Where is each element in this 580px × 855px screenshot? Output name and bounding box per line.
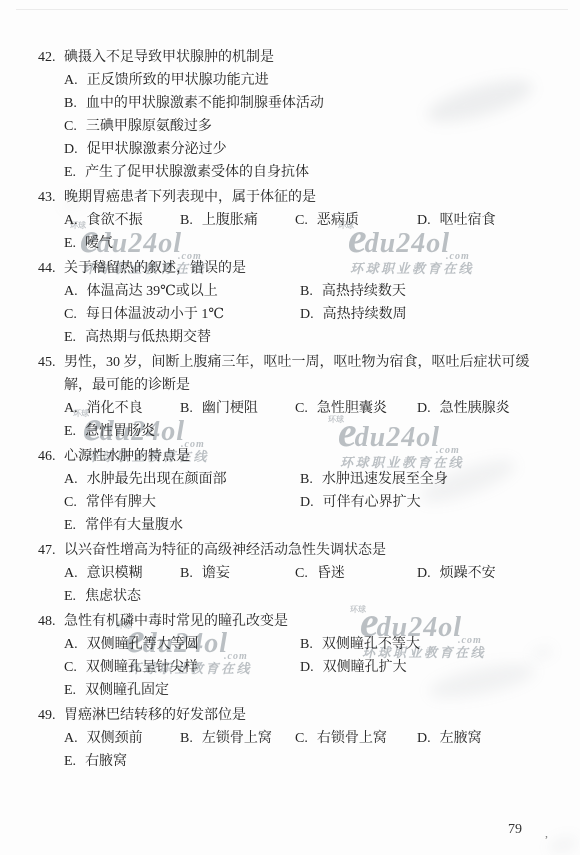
option-label: A.	[64, 73, 78, 88]
option-label: A.	[64, 566, 78, 581]
option-label: D.	[300, 495, 314, 510]
option-item: B.左锁骨上窝	[180, 727, 295, 750]
option-text: 可伴有心界扩大	[323, 495, 421, 510]
option-label: C.	[64, 307, 77, 322]
option-label: C.	[64, 660, 77, 675]
question-header: 45.男性，30 岁，间断上腹痛三年，呕吐一周，呕吐物为宿食，呕吐后症状可缓解，…	[38, 351, 552, 397]
option-label: C.	[295, 213, 308, 228]
question-number: 45.	[38, 351, 64, 397]
question-stem: 关于稽留热的叙述，错误的是	[64, 257, 552, 280]
option-label: C.	[64, 119, 77, 134]
question-stem: 心源性水肿的特点是	[64, 445, 552, 468]
option-text: 消化不良	[87, 401, 143, 416]
option-text: 急性胰腺炎	[440, 401, 510, 416]
question-block: 48.急性有机磷中毒时常见的瞳孔改变是A.双侧瞳孔等大等圆B.双侧瞳孔不等大C.…	[38, 610, 552, 702]
option-item: B.谵妄	[180, 562, 295, 585]
option-item: C.急性胆囊炎	[295, 397, 417, 420]
option-text: 意识模糊	[87, 566, 143, 581]
option-label: B.	[180, 731, 193, 746]
question-block: 47.以兴奋性增高为特征的高级神经活动急性失调状态是A.意识模糊B.谵妄C.昏迷…	[38, 539, 552, 608]
option-item: D.呕吐宿食	[417, 209, 552, 232]
option-text: 左锁骨上窝	[202, 731, 272, 746]
option-item: A.双侧瞳孔等大等圆	[64, 633, 300, 656]
option-item: A.双侧颈前	[64, 727, 180, 750]
option-item: A.水肿最先出现在颜面部	[64, 468, 300, 491]
option-item: E.双侧瞳孔固定	[64, 679, 300, 702]
question-stem: 急性有机磷中毒时常见的瞳孔改变是	[64, 610, 552, 633]
option-text: 产生了促甲状腺激素受体的自身抗体	[85, 165, 309, 180]
option-label: B.	[180, 401, 193, 416]
question-stem: 胃癌淋巴结转移的好发部位是	[64, 704, 552, 727]
option-label: D.	[417, 731, 431, 746]
option-text: 三碘甲腺原氨酸过多	[86, 119, 212, 134]
option-text: 高热期与低热期交替	[85, 330, 211, 345]
option-label: D.	[300, 660, 314, 675]
question-number: 42.	[38, 46, 64, 69]
option-grid: A.双侧瞳孔等大等圆B.双侧瞳孔不等大C.双侧瞳孔呈针尖样D.双侧瞳孔扩大E.双…	[38, 633, 552, 702]
option-text: 双侧瞳孔固定	[85, 683, 169, 698]
option-item: C.右锁骨上窝	[295, 727, 417, 750]
question-number: 44.	[38, 257, 64, 280]
option-text: 血中的甲状腺激素不能抑制腺垂体活动	[86, 96, 324, 111]
option-text: 双侧瞳孔扩大	[323, 660, 407, 675]
page-number: 79	[508, 822, 522, 838]
option-item: C.三碘甲腺原氨酸过多	[64, 115, 552, 138]
option-text: 焦虑状态	[85, 589, 141, 604]
option-text: 急性胃肠炎	[85, 424, 155, 439]
option-label: B.	[300, 472, 313, 487]
option-item: C.昏迷	[295, 562, 417, 585]
option-text: 每日体温波动小于 1℃	[86, 307, 224, 322]
option-item: D.左腋窝	[417, 727, 552, 750]
option-text: 双侧瞳孔呈针尖样	[86, 660, 198, 675]
question-list: 42.碘摄入不足导致甲状腺肿的机制是A.正反馈所致的甲状腺功能亢进B.血中的甲状…	[0, 0, 580, 773]
option-label: E.	[64, 754, 76, 769]
option-item: B.高热持续数天	[300, 280, 552, 303]
option-text: 嗳气	[85, 236, 113, 251]
question-block: 43.晚期胃癌患者下列表现中，属于体征的是A.食欲不振B.上腹胀痛C.恶病质D.…	[38, 186, 552, 255]
option-item: D.高热持续数周	[300, 303, 552, 326]
option-label: B.	[300, 637, 313, 652]
option-text: 双侧颈前	[87, 731, 143, 746]
question-header: 47.以兴奋性增高为特征的高级神经活动急性失调状态是	[38, 539, 552, 562]
option-label: A.	[64, 284, 78, 299]
option-item: D.促甲状腺激素分泌过少	[64, 138, 552, 161]
option-item: E.嗳气	[64, 232, 180, 255]
option-item: C.恶病质	[295, 209, 417, 232]
question-block: 45.男性，30 岁，间断上腹痛三年，呕吐一周，呕吐物为宿食，呕吐后症状可缓解，…	[38, 351, 552, 443]
question-header: 49.胃癌淋巴结转移的好发部位是	[38, 704, 552, 727]
option-grid: A.意识模糊B.谵妄C.昏迷D.烦躁不安E.焦虑状态	[38, 562, 552, 608]
option-label: A.	[64, 401, 78, 416]
option-text: 右腋窝	[85, 754, 127, 769]
option-label: B.	[180, 213, 193, 228]
option-item: D.烦躁不安	[417, 562, 552, 585]
question-header: 43.晚期胃癌患者下列表现中，属于体征的是	[38, 186, 552, 209]
question-stem: 晚期胃癌患者下列表现中，属于体征的是	[64, 186, 552, 209]
option-text: 高热持续数周	[323, 307, 407, 322]
option-label: E.	[64, 518, 76, 533]
option-text: 谵妄	[202, 566, 230, 581]
option-label: C.	[295, 401, 308, 416]
question-block: 49.胃癌淋巴结转移的好发部位是A.双侧颈前B.左锁骨上窝C.右锁骨上窝D.左腋…	[38, 704, 552, 773]
option-text: 常伴有大量腹水	[85, 518, 183, 533]
option-item: E.常伴有大量腹水	[64, 514, 300, 537]
option-text: 食欲不振	[87, 213, 143, 228]
option-item: B.上腹胀痛	[180, 209, 295, 232]
option-text: 正反馈所致的甲状腺功能亢进	[87, 73, 269, 88]
option-item: C.常伴有脾大	[64, 491, 300, 514]
question-header: 46.心源性水肿的特点是	[38, 445, 552, 468]
option-text: 幽门梗阻	[202, 401, 258, 416]
question-number: 43.	[38, 186, 64, 209]
option-text: 急性胆囊炎	[317, 401, 387, 416]
option-item: A.消化不良	[64, 397, 180, 420]
option-item: B.幽门梗阻	[180, 397, 295, 420]
question-stem: 碘摄入不足导致甲状腺肿的机制是	[64, 46, 552, 69]
option-label: C.	[295, 566, 308, 581]
option-item: D.双侧瞳孔扩大	[300, 656, 552, 679]
option-text: 体温高达 39℃或以上	[87, 284, 218, 299]
option-item: A.体温高达 39℃或以上	[64, 280, 300, 303]
option-label: B.	[300, 284, 313, 299]
question-number: 48.	[38, 610, 64, 633]
question-block: 46.心源性水肿的特点是A.水肿最先出现在颜面部B.水肿迅速发展至全身C.常伴有…	[38, 445, 552, 537]
question-header: 48.急性有机磷中毒时常见的瞳孔改变是	[38, 610, 552, 633]
question-header: 44.关于稽留热的叙述，错误的是	[38, 257, 552, 280]
question-stem: 以兴奋性增高为特征的高级神经活动急性失调状态是	[64, 539, 552, 562]
option-grid: A.体温高达 39℃或以上B.高热持续数天C.每日体温波动小于 1℃D.高热持续…	[38, 280, 552, 349]
option-grid: A.食欲不振B.上腹胀痛C.恶病质D.呕吐宿食E.嗳气	[38, 209, 552, 255]
option-label: E.	[64, 236, 76, 251]
option-text: 水肿最先出现在颜面部	[87, 472, 227, 487]
option-text: 高热持续数天	[322, 284, 406, 299]
option-text: 右锁骨上窝	[317, 731, 387, 746]
option-label: B.	[180, 566, 193, 581]
question-stem: 男性，30 岁，间断上腹痛三年，呕吐一周，呕吐物为宿食，呕吐后症状可缓解，最可能…	[64, 351, 552, 397]
option-text: 呕吐宿食	[440, 213, 496, 228]
option-item: C.双侧瞳孔呈针尖样	[64, 656, 300, 679]
option-item: E.焦虑状态	[64, 585, 180, 608]
option-grid: A.双侧颈前B.左锁骨上窝C.右锁骨上窝D.左腋窝E.右腋窝	[38, 727, 552, 773]
option-grid: A.消化不良B.幽门梗阻C.急性胆囊炎D.急性胰腺炎E.急性胃肠炎	[38, 397, 552, 443]
option-text: 水肿迅速发展至全身	[322, 472, 448, 487]
option-text: 双侧瞳孔等大等圆	[87, 637, 199, 652]
option-item: E.急性胃肠炎	[64, 420, 180, 443]
option-text: 左腋窝	[440, 731, 482, 746]
option-label: B.	[64, 96, 77, 111]
question-number: 47.	[38, 539, 64, 562]
option-item: E.右腋窝	[64, 750, 180, 773]
option-label: E.	[64, 165, 76, 180]
option-item: B.水肿迅速发展至全身	[300, 468, 552, 491]
option-text: 昏迷	[317, 566, 345, 581]
option-item: D.急性胰腺炎	[417, 397, 552, 420]
option-item: B.血中的甲状腺激素不能抑制腺垂体活动	[64, 92, 552, 115]
option-text: 促甲状腺激素分泌过少	[87, 142, 227, 157]
scan-smudge	[547, 834, 580, 855]
option-text: 上腹胀痛	[202, 213, 258, 228]
scan-speck: ,	[545, 826, 548, 841]
option-label: E.	[64, 683, 76, 698]
option-text: 常伴有脾大	[86, 495, 156, 510]
question-number: 49.	[38, 704, 64, 727]
option-label: E.	[64, 330, 76, 345]
option-text: 烦躁不安	[440, 566, 496, 581]
option-label: A.	[64, 472, 78, 487]
option-item: C.每日体温波动小于 1℃	[64, 303, 300, 326]
question-header: 42.碘摄入不足导致甲状腺肿的机制是	[38, 46, 552, 69]
option-grid: A.正反馈所致的甲状腺功能亢进B.血中的甲状腺激素不能抑制腺垂体活动C.三碘甲腺…	[38, 69, 552, 184]
option-item: D.可伴有心界扩大	[300, 491, 552, 514]
option-item: E.高热期与低热期交替	[64, 326, 300, 349]
option-label: D.	[417, 566, 431, 581]
scanned-exam-page: 环球edu24ol.com环球职业教育在线环球edu24ol.com环球职业教育…	[0, 0, 580, 855]
option-label: A.	[64, 213, 78, 228]
option-label: D.	[64, 142, 78, 157]
option-item: B.双侧瞳孔不等大	[300, 633, 552, 656]
option-label: A.	[64, 637, 78, 652]
option-label: D.	[417, 401, 431, 416]
option-item: E.产生了促甲状腺激素受体的自身抗体	[64, 161, 552, 184]
option-label: D.	[300, 307, 314, 322]
option-item: A.食欲不振	[64, 209, 180, 232]
question-number: 46.	[38, 445, 64, 468]
option-label: E.	[64, 424, 76, 439]
option-item: A.意识模糊	[64, 562, 180, 585]
option-label: A.	[64, 731, 78, 746]
option-label: C.	[64, 495, 77, 510]
option-item: A.正反馈所致的甲状腺功能亢进	[64, 69, 552, 92]
option-label: C.	[295, 731, 308, 746]
question-block: 44.关于稽留热的叙述，错误的是A.体温高达 39℃或以上B.高热持续数天C.每…	[38, 257, 552, 349]
option-label: D.	[417, 213, 431, 228]
option-text: 恶病质	[317, 213, 359, 228]
option-grid: A.水肿最先出现在颜面部B.水肿迅速发展至全身C.常伴有脾大D.可伴有心界扩大E…	[38, 468, 552, 537]
question-block: 42.碘摄入不足导致甲状腺肿的机制是A.正反馈所致的甲状腺功能亢进B.血中的甲状…	[38, 46, 552, 184]
option-text: 双侧瞳孔不等大	[322, 637, 420, 652]
option-label: E.	[64, 589, 76, 604]
